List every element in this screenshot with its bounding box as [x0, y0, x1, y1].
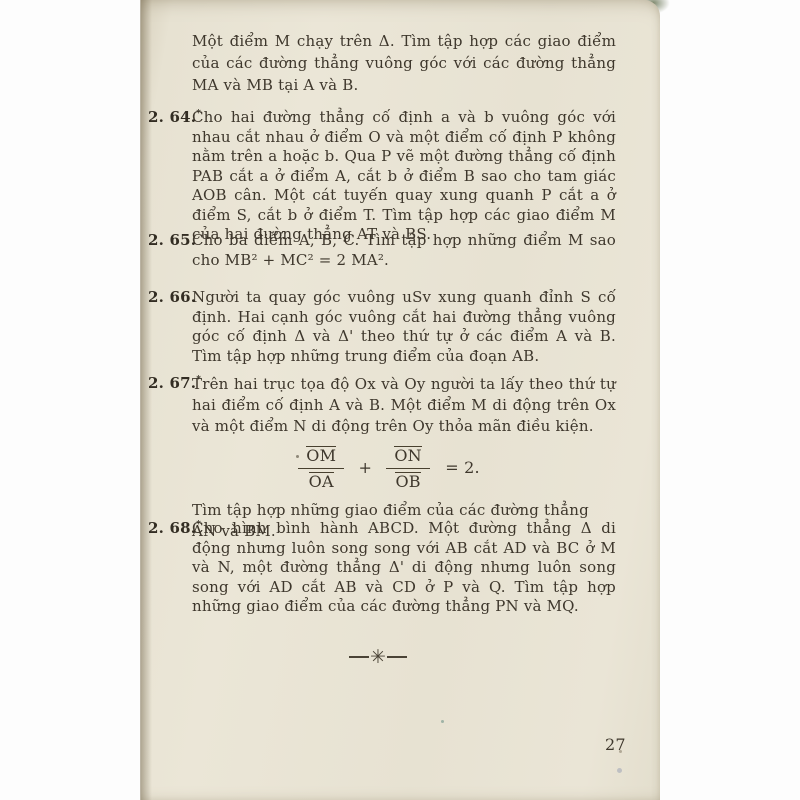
equals-two: = 2. [445, 458, 480, 477]
plus-operator: + [358, 458, 372, 477]
intro-paragraph: Một điểm M chạy trên Δ. Tìm tập hợp các … [141, 30, 660, 96]
problem-label: 2. 67.* [148, 374, 201, 392]
photo-background: Một điểm M chạy trên Δ. Tìm tập hợp các … [0, 0, 800, 800]
section-divider: ✳ [141, 649, 615, 665]
problem-label: 2. 65. [148, 231, 196, 249]
problem-body: Trên hai trục tọa độ Ox và Oy người ta l… [192, 374, 616, 437]
problem-2-64: 2. 64.* Cho hai đường thẳng cố định a và… [141, 108, 660, 245]
paper-speck [617, 768, 622, 773]
star-marker: * [196, 109, 201, 119]
star-ornament-icon: ✳ [370, 649, 386, 665]
intro-text: Một điểm M chạy trên Δ. Tìm tập hợp các … [192, 32, 616, 94]
problem-body: Cho hình bình hành ABCD. Một đường thẳng… [192, 519, 616, 617]
problem-body: Người ta quay góc vuông uSv xung quanh đ… [192, 288, 616, 366]
segment-oa: OA [309, 472, 334, 491]
problem-2-68: 2. 68.* Cho hình bình hành ABCD. Một đườ… [141, 519, 660, 617]
segment-ob: OB [395, 472, 420, 491]
problem-2-65: 2. 65. Cho ba điểm A, B, C. Tìm tập hợp … [141, 231, 660, 270]
problem-2-66: 2. 66. Người ta quay góc vuông uSv xung … [141, 288, 660, 366]
fraction-om-oa: OM OA [298, 444, 344, 491]
page-number: 27 [605, 735, 626, 754]
problem-2-67: 2. 67.* Trên hai trục tọa độ Ox và Oy ng… [141, 374, 660, 542]
paper-speck [441, 720, 444, 723]
segment-on: ON [394, 446, 422, 465]
problem-label: 2. 68.* [148, 519, 201, 537]
star-marker: * [196, 520, 201, 530]
problem-body: Cho ba điểm A, B, C. Tìm tập hợp những đ… [192, 231, 616, 270]
fraction-on-ob: ON OB [386, 444, 430, 491]
problem-body: Cho hai đường thẳng cố định a và b vuông… [192, 108, 616, 245]
problem-label: 2. 64.* [148, 108, 201, 126]
segment-om: OM [306, 446, 336, 465]
star-marker: * [196, 375, 201, 385]
ratio-formula: OM OA + ON OB = 2. [192, 444, 586, 491]
problem-label: 2. 66. [148, 288, 196, 306]
divider-dash [387, 656, 407, 658]
book-page: Một điểm M chạy trên Δ. Tìm tập hợp các … [141, 0, 660, 800]
divider-dash [349, 656, 369, 658]
